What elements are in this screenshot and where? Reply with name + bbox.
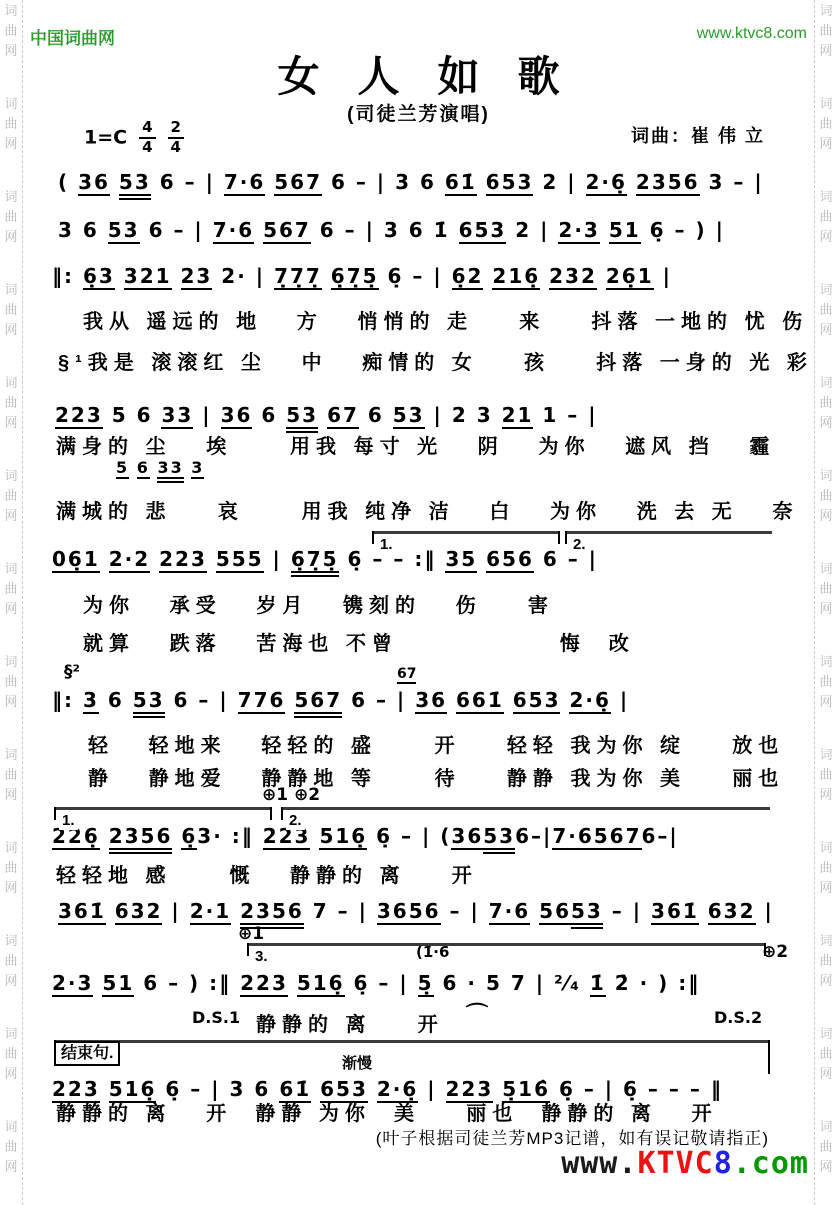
intro-line-1: ( 36 53 6 – | 7·6 567 6 – | 3 6 61̇ 653 … (58, 170, 764, 194)
logo-segment: www. (561, 1146, 637, 1181)
coda-notes: 2·3 51 6 – ) :‖ 223 516̣ 6̣ – | 5̣ 6 · 5… (52, 971, 700, 995)
ending-phrase-bracket-label: 结束句. (54, 1041, 120, 1066)
watermark-left: 词曲网词曲网词曲网词曲网词曲网词曲网词曲网词曲网词曲网词曲网词曲网词曲网词曲网 (2, 4, 20, 1205)
volta-3: 3. (247, 943, 766, 946)
intro-line-2: 3 6 53 6 – | 7·6 567 6 – | 3 6 1̇ 653 2 … (58, 218, 725, 242)
right-dashed-divider (814, 0, 815, 1205)
interlude-notes: 361̇ 632 | 2·1 2356 7 – | 3656 – | 7·6 5… (58, 899, 774, 923)
grace-notes-67: 67 (397, 666, 416, 682)
coda-lyrics: 静静的 离 开 (256, 1008, 444, 1037)
verse-lyrics-1a: 我从 遥远的 地 方 悄悄的 走 来 抖落 一地的 忧 伤 和那 (83, 305, 837, 334)
logo-segment: 8 (714, 1146, 733, 1181)
chorus-lyrics-2: 轻轻地 感 慨 静静的 离 开 (56, 859, 478, 888)
tie-arc: ⌒ (466, 998, 488, 1029)
song-title: 女人如歌 (0, 44, 837, 104)
ds-2-label: D.S.2 (714, 1008, 762, 1027)
verse-lyrics-2b: 满城的 悲 哀 用我 纯净 洁 白 为你 洗 去 无 奈 (56, 495, 798, 524)
chorus-lyrics-1a: 轻 轻地来 轻轻的 盛 开 轻轻 我为你 绽 放也 (88, 729, 784, 758)
chorus-lyrics-1b: 静 静地爱 静静地 等 待 静静 我为你 美 丽也 (88, 762, 784, 791)
time-signature: 44 (139, 120, 155, 156)
verse-notes-1: ‖: 6̣3 321 23 2· | 7̣7̣7̣ 6̣7̣5̣ 6̣ – | … (52, 264, 672, 288)
key-label: 1=C (84, 126, 127, 148)
sheet-music-page: 词曲网词曲网词曲网词曲网词曲网词曲网词曲网词曲网词曲网词曲网词曲网词曲网词曲网 … (0, 0, 837, 1205)
bridge-lyrics-b: 就算 跌落 苦海也 不曾 悔 改 (83, 627, 635, 656)
volta-2-first: 2. (565, 531, 772, 534)
ending-phrase-bracket: 结束句. (54, 1040, 770, 1043)
volta-2-second: 2. (281, 807, 770, 810)
verse-notes-2: 223 5 6 33 | 36 6 53 67 6 53 | 2 3 21 1 … (55, 403, 598, 427)
chorus-notes-2: 226̣ 2356 6̣3· :‖ 223 516̣ 6̣ – | (36536… (52, 824, 679, 848)
left-dashed-divider (22, 0, 23, 1205)
ktvc8-logo: www.KTVC8.com (561, 1146, 809, 1181)
composer-credit: 词曲：崔 伟 立 (631, 122, 765, 148)
verse-alt-notes: 5 6 33 3 (116, 458, 204, 477)
volta-2-first-label: 2. (570, 536, 589, 554)
verse-lyrics-1b: §¹我是 滚滚红 尘 中 痴情的 女 孩 抖落 一身的 光 彩 和那 (58, 346, 837, 375)
watermark-right: 词曲网词曲网词曲网词曲网词曲网词曲网词曲网词曲网词曲网词曲网词曲网词曲网词曲网 (817, 4, 835, 1205)
chorus-notes-1: ‖: 3 6 53 6 – | 776 567 6 – | 36 661̇ 65… (52, 688, 629, 712)
ending-lyrics: 静静的 离 开 静静 为你 美 丽也 静静的 离 开 (56, 1097, 718, 1126)
rit-label: 渐慢 (342, 1052, 372, 1073)
volta-2-second-label: 2. (286, 812, 305, 830)
key-signature: 1=C4424 (84, 120, 184, 156)
logo-segment: KTVC (637, 1146, 713, 1181)
volta-3-label: 3. (252, 948, 271, 966)
verse-lyrics-2a: 满身的 尘 埃 用我 每寸 光 阴 为你 遮风 挡 霾 (56, 430, 775, 459)
volta-1-first-label: 1. (377, 536, 396, 554)
volta-1-first: 1. (372, 531, 560, 534)
bridge-lyrics-a: 为你 承受 岁月 镌刻的 伤 害 (83, 589, 554, 618)
coda-sign-1: ⊕1 (238, 924, 264, 944)
site-url-link[interactable]: www.ktvc8.com (697, 25, 807, 43)
volta-1-second: 1. (54, 807, 272, 810)
volta-1-second-label: 1. (59, 812, 78, 830)
time-signature: 24 (168, 120, 184, 156)
coda-signs-pair: ⊕1 ⊕2 (262, 785, 320, 805)
segno-2-mark: §² (64, 662, 80, 682)
bridge-notes: 06̣1 2·2 223 555 | 6̣7̣5̣ 6̣ – – :‖ 35 6… (52, 547, 598, 571)
logo-segment: .com (733, 1146, 809, 1181)
ds-1-label: D.S.1 (192, 1008, 240, 1027)
